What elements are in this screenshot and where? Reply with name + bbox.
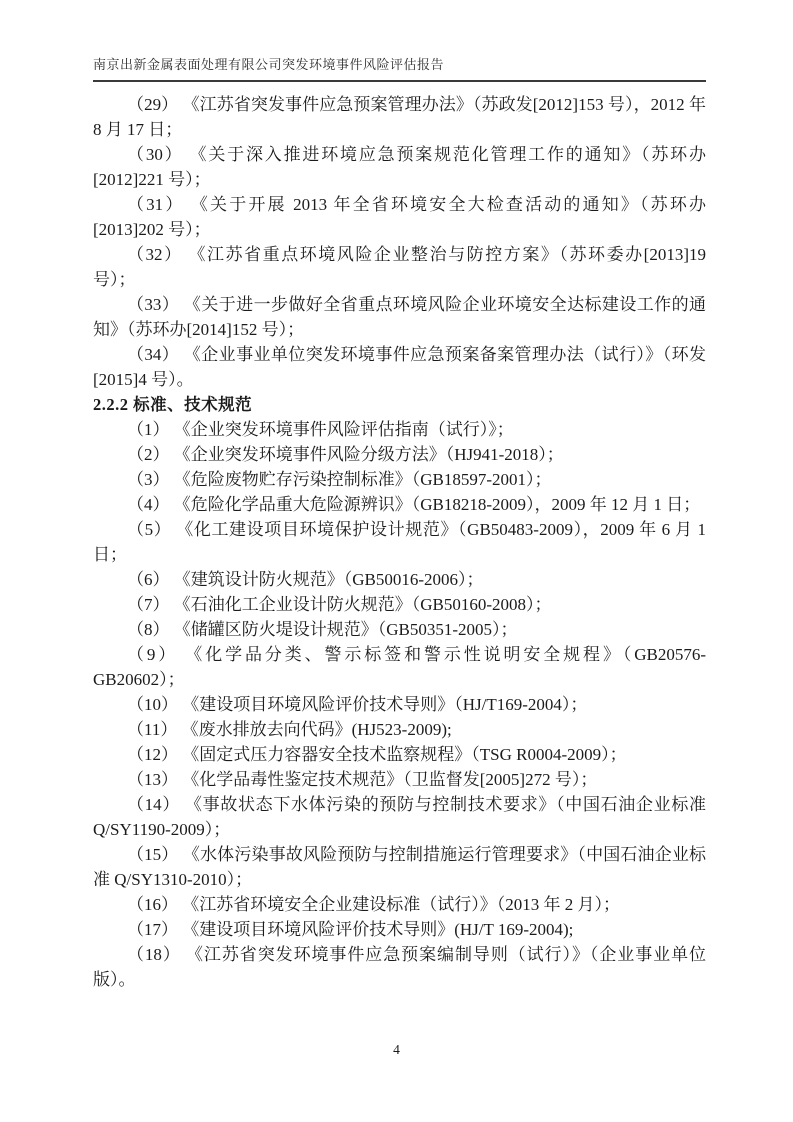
reference-item: （33） 《关于进一步做好全省重点环境风险企业环境安全达标建设工作的通知》（苏环… [93,292,706,342]
reference-item: （14） 《事故状态下水体污染的预防与控制技术要求》（中国石油企业标准 Q/SY… [93,792,706,842]
reference-item: （32） 《江苏省重点环境风险企业整治与防控方案》（苏环委办[2013]19 号… [93,242,706,292]
reference-item: （31） 《关于开展 2013 年全省环境安全大检查活动的通知》（苏环办[201… [93,192,706,242]
page-footer: 4 [0,1042,793,1058]
reference-item: （6） 《建筑设计防火规范》（GB50016-2006）； [93,567,706,592]
reference-item: （15） 《水体污染事故风险预防与控制措施运行管理要求》（中国石油企业标准 Q/… [93,842,706,892]
reference-item: （2） 《企业突发环境事件风险分级方法》（HJ941-2018）； [93,442,706,467]
reference-item: （12） 《固定式压力容器安全技术监察规程》（TSG R0004-2009）； [93,742,706,767]
page-header: 南京出新金属表面处理有限公司突发环境事件风险评估报告 [93,54,706,82]
section-title: 标准、技术规范 [133,395,252,414]
reference-item: （5） 《化工建设项目环境保护设计规范》（GB50483-2009），2009 … [93,517,706,567]
reference-item: （7） 《石油化工企业设计防火规范》（GB50160-2008）； [93,592,706,617]
section-heading: 2.2.2 标准、技术规范 [93,392,706,417]
standard-references-list: （1） 《企业突发环境事件风险评估指南（试行）》； （2） 《企业突发环境事件风… [93,417,706,992]
reference-item: （11） 《废水排放去向代码》(HJ523-2009); [93,717,706,742]
reference-item: （1） 《企业突发环境事件风险评估指南（试行）》； [93,417,706,442]
header-title: 南京出新金属表面处理有限公司突发环境事件风险评估报告 [93,57,444,72]
reference-item: （4） 《危险化学品重大危险源辨识》（GB18218-2009），2009 年 … [93,492,706,517]
reference-item: （29） 《江苏省突发事件应急预案管理办法》（苏政发[2012]153 号），2… [93,92,706,142]
section-number: 2.2.2 [93,395,129,414]
reference-item: （18） 《江苏省突发环境事件应急预案编制导则（试行）》（企业事业单位版）。 [93,942,706,992]
reference-item: （17） 《建设项目环境风险评价技术导则》(HJ/T 169-2004); [93,917,706,942]
document-page: 南京出新金属表面处理有限公司突发环境事件风险评估报告 （29） 《江苏省突发事件… [0,0,793,1122]
reference-item: （30） 《关于深入推进环境应急预案规范化管理工作的通知》（苏环办[2012]2… [93,142,706,192]
reference-item: （3） 《危险废物贮存污染控制标准》（GB18597-2001）； [93,467,706,492]
reference-item: （9） 《化学品分类、警示标签和警示性说明安全规程》（GB20576-GB206… [93,642,706,692]
reference-item: （13） 《化学品毒性鉴定技术规范》（卫监督发[2005]272 号）； [93,767,706,792]
reference-item: （34） 《企业事业单位突发环境事件应急预案备案管理办法（试行）》（环发[201… [93,342,706,392]
reference-item: （16） 《江苏省环境安全企业建设标准（试行）》（2013 年 2 月）； [93,892,706,917]
reference-item: （10） 《建设项目环境风险评价技术导则》（HJ/T169-2004）； [93,692,706,717]
law-references-list: （29） 《江苏省突发事件应急预案管理办法》（苏政发[2012]153 号），2… [93,92,706,392]
reference-item: （8） 《储罐区防火堤设计规范》（GB50351-2005）； [93,617,706,642]
document-content: （29） 《江苏省突发事件应急预案管理办法》（苏政发[2012]153 号），2… [93,92,706,992]
page-number: 4 [393,1042,400,1057]
